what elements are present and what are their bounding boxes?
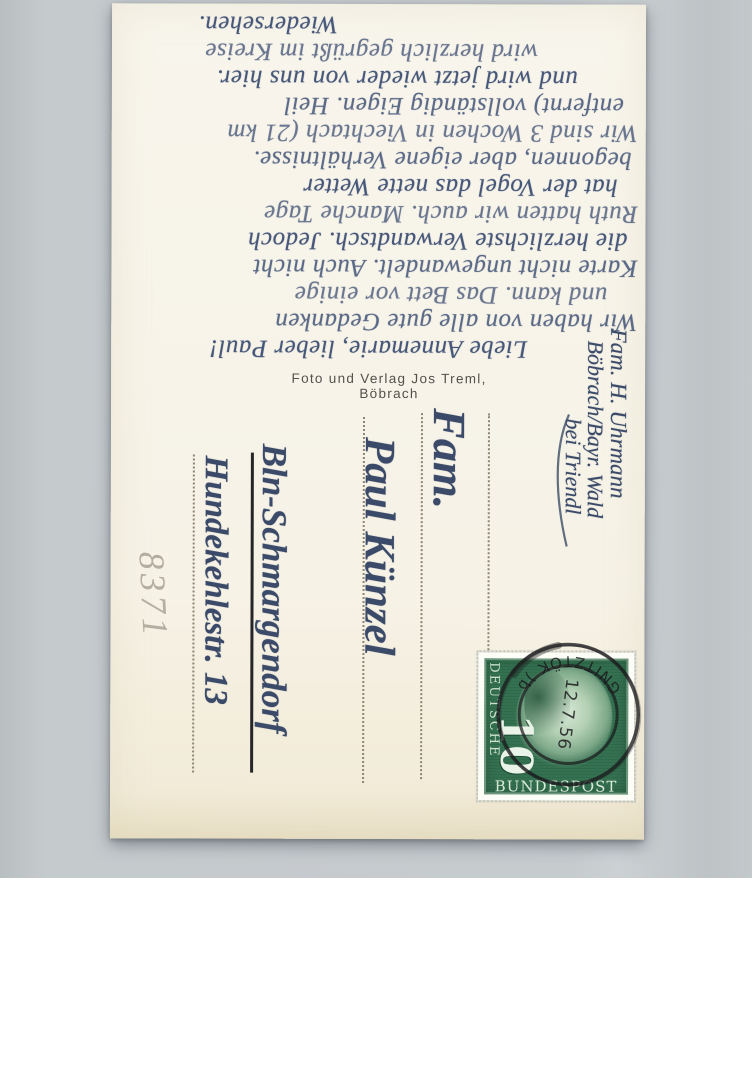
postmark: GNITZTÖK )b31( 12.7.56 bbox=[478, 624, 658, 804]
message-line: Wiedersehen. bbox=[118, 10, 338, 38]
message-line: die herzlichste Verwandtsch. Jedoch bbox=[117, 226, 627, 254]
address-line3: Bln-Schmargendorf bbox=[253, 444, 294, 734]
message-line: Liebe Annemarie, lieber Paul! bbox=[117, 334, 527, 362]
message-line: begonnen, aber eigene Verhältnisse. bbox=[118, 145, 632, 173]
message-line: Karte nicht ungewandelt. Auch nicht bbox=[117, 253, 637, 281]
sender-note-flourish bbox=[549, 408, 575, 553]
handwritten-message: Liebe Annemarie, lieber Paul! Wir haben … bbox=[117, 9, 638, 362]
message-line: Wir haben von alle gute Gedanken bbox=[117, 307, 637, 335]
postcard-back: Liebe Annemarie, lieber Paul! Wir haben … bbox=[110, 3, 646, 839]
postmark-date: 12.7.56 bbox=[553, 677, 582, 751]
pencil-number: 8371 bbox=[130, 550, 176, 640]
message-line: Wir sind 3 Wochen in Viechtach (21 km bbox=[118, 118, 638, 146]
address-line4: Hundekehlestr. 13 bbox=[196, 456, 234, 705]
message-line: wird herzlich gegrüßt im Kreise bbox=[118, 37, 538, 65]
address-line2: Paul Künzel bbox=[354, 437, 404, 656]
publisher-imprint: Foto und Verlag Jos Treml, Böbrach bbox=[261, 371, 517, 402]
message-line: und wird jetzt wieder von uns hier. bbox=[118, 64, 578, 92]
postmark-town-text: GNITZTÖK )b31( bbox=[478, 624, 625, 697]
sender-note-line1: Fam. H. Uhrmann bbox=[605, 329, 631, 499]
message-line: entfernt) vollständig Eigen. Heil bbox=[118, 91, 624, 119]
message-line: und kann. Das Bett vor einige bbox=[117, 280, 607, 308]
message-line: Ruth hatten wir auch. Manche Tage bbox=[118, 199, 638, 227]
scanner-background: Liebe Annemarie, lieber Paul! Wir haben … bbox=[0, 0, 752, 878]
message-line: hat der Vogel das nette Wetter bbox=[118, 172, 618, 200]
address-line1: Fam. bbox=[423, 408, 476, 509]
page-margin bbox=[0, 878, 752, 1072]
address-rule-4 bbox=[192, 455, 195, 773]
